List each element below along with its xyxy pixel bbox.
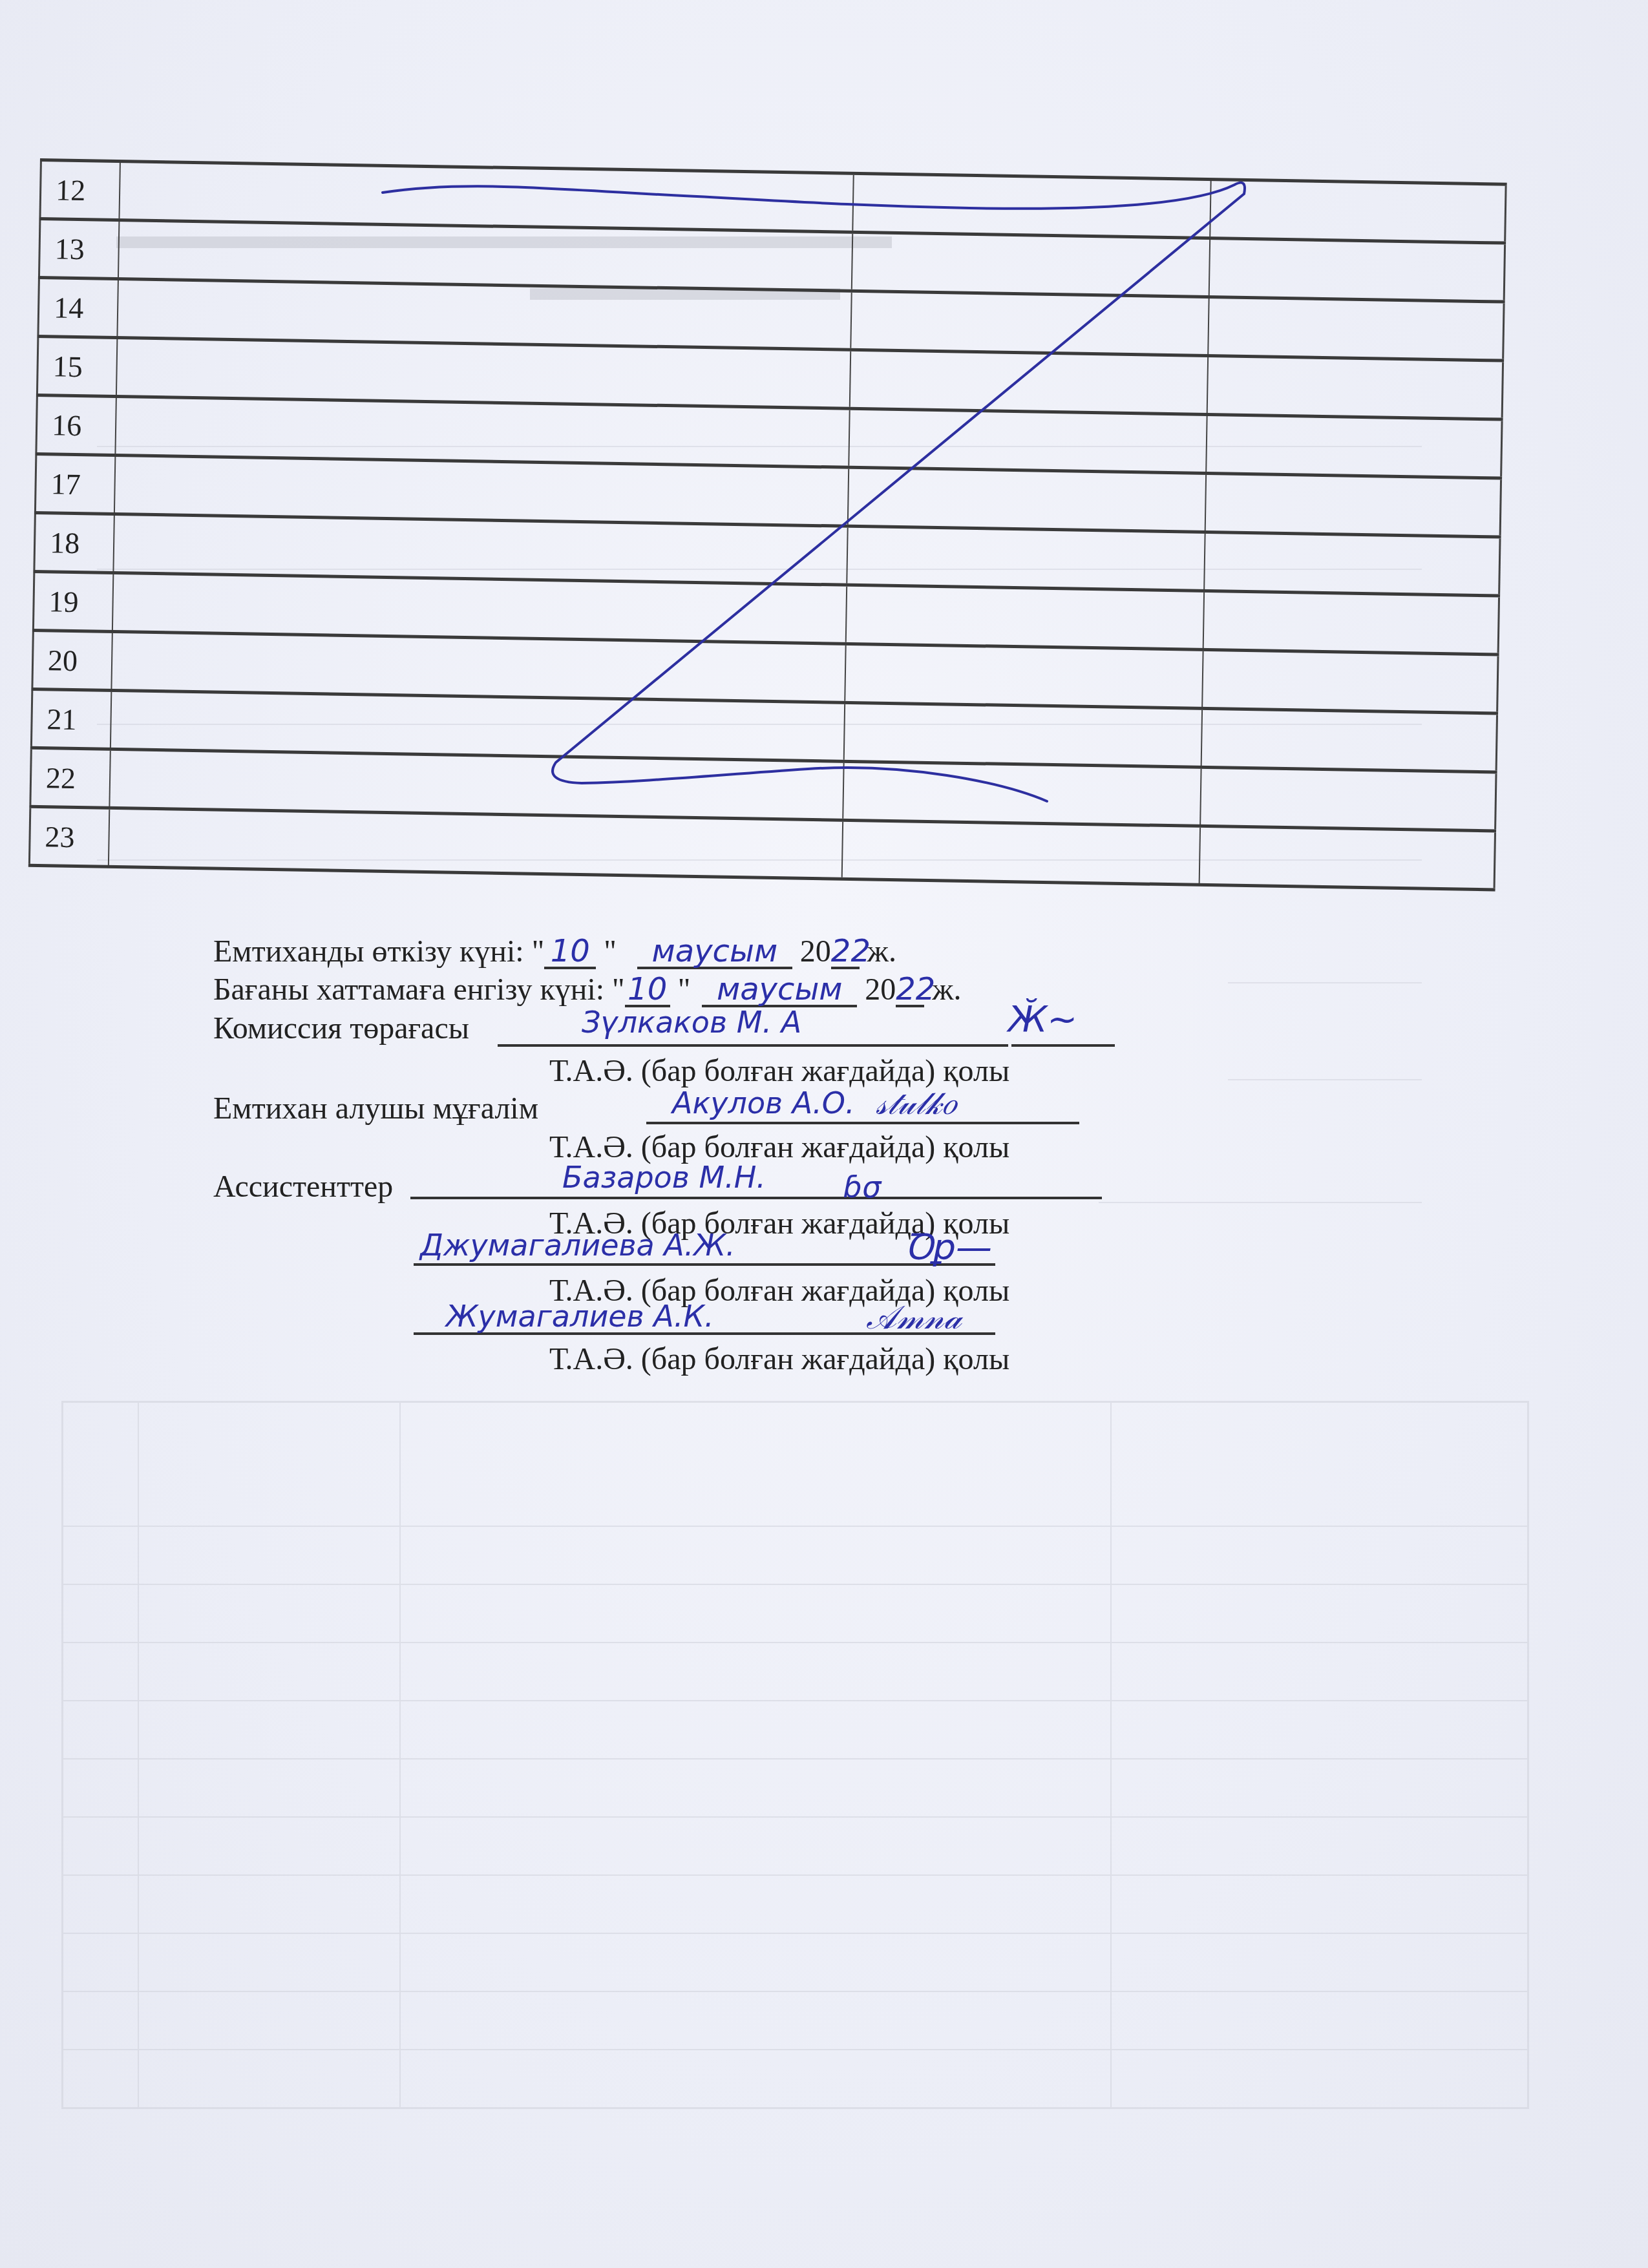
assistant-3-signature: 𝒜𝓂𝓃𝒶: [866, 1299, 962, 1337]
ghost-table: [61, 1401, 1529, 2109]
entry-date-label: Бағаны хаттамаға енгізу күні: ": [213, 972, 625, 1007]
exam-date-year-suffix: 22: [831, 936, 860, 969]
teacher-name-line: [646, 1122, 1079, 1124]
row-number-cell: 19: [32, 573, 114, 630]
chair-caption: Т.А.Ә. (бар болған жағдайда) қолы: [549, 1053, 1009, 1089]
assistant-1-name-line: [410, 1197, 1102, 1199]
row-number-cell: 20: [31, 632, 112, 689]
row-number-cell: 16: [35, 397, 116, 454]
entry-date-quote: ": [670, 972, 691, 1007]
entry-date-year-suffix: 22: [896, 974, 924, 1007]
ghost-rule: [1228, 982, 1422, 983]
score-cell: [849, 410, 1207, 472]
grade-cell: [1204, 593, 1500, 653]
grade-cell: [1209, 299, 1505, 359]
entry-date-month: маусым: [702, 974, 857, 1007]
score-cell: [850, 352, 1209, 413]
row-number-cell: 22: [29, 750, 111, 806]
grade-cell: [1201, 769, 1497, 830]
assistant-3-name: Жумагалиев А.К.: [446, 1299, 714, 1334]
entry-date-day: 10: [625, 974, 670, 1007]
results-table: 121314151617181920212223: [28, 158, 1507, 891]
assistants-label: Ассистенттер: [213, 1171, 393, 1202]
exam-date-label: Емтиханды өткізу күні: ": [213, 934, 544, 969]
assistant-2-name: Джумагалиева А.Ж.: [420, 1228, 735, 1263]
grade-cell: [1207, 416, 1503, 477]
assistant-1-name: Базаров М.Н.: [562, 1160, 766, 1195]
row-number-cell: 15: [36, 338, 118, 395]
teacher-label: Емтихан алушы мұғалім: [213, 1093, 538, 1124]
chair-signature: Ӂ~: [1008, 998, 1077, 1040]
score-cell: [852, 234, 1210, 295]
chair-name-line: [498, 1044, 1008, 1047]
entry-date-year-prefix: 20: [865, 972, 896, 1007]
score-cell: [853, 175, 1211, 236]
exam-date-year-unit: ж.: [860, 934, 896, 969]
row-number-cell: 14: [37, 279, 118, 336]
entry-date-row: Бағаны хаттамаға енгізу күні: "10 " маус…: [213, 974, 961, 1007]
chair-name: Зүлкаков М. А: [582, 1005, 801, 1040]
teacher-name: Акулов А.О.: [672, 1086, 855, 1120]
ghost-rule: [1228, 1079, 1422, 1080]
exam-date-year-prefix: 20: [800, 934, 831, 969]
score-cell: [847, 528, 1205, 589]
exam-date-quote: ": [596, 934, 617, 969]
row-number-cell: 23: [28, 808, 110, 865]
score-cell: [851, 293, 1209, 354]
row-number-cell: 17: [34, 456, 116, 512]
ghost-rule: [1099, 1202, 1422, 1203]
row-number-cell: 21: [30, 691, 112, 748]
student-name-cell: [109, 810, 843, 877]
row-number-cell: 12: [39, 162, 120, 218]
assistant-2-signature: Ꝺꝑ—: [905, 1221, 992, 1270]
exam-date-row: Емтиханды өткізу күні: "10 " маусым 2022…: [213, 936, 896, 969]
grade-cell: [1200, 828, 1496, 888]
score-cell: [845, 646, 1203, 707]
chair-signature-line: [1011, 1044, 1115, 1047]
assistant-1-signature: ɓσ: [843, 1170, 881, 1204]
grade-cell: [1210, 181, 1506, 242]
grade-cell: [1206, 475, 1502, 536]
assistant-3-caption: Т.А.Ә. (бар болған жағдайда) қолы: [549, 1341, 1009, 1377]
row-number-cell: 18: [33, 514, 114, 571]
exam-date-month: маусым: [637, 936, 792, 969]
score-cell: [845, 704, 1203, 766]
chair-label: Комиссия төрағасы: [213, 1013, 469, 1044]
teacher-signature: 𝓈𝓉𝓊𝓁𝓀𝑜: [876, 1086, 956, 1122]
grade-cell: [1205, 534, 1501, 594]
exam-date-day: 10: [544, 936, 596, 969]
score-cell: [849, 469, 1207, 530]
entry-date-year-unit: ж.: [924, 972, 961, 1007]
score-cell: [843, 822, 1201, 883]
score-cell: [843, 763, 1201, 824]
grade-cell: [1210, 240, 1506, 300]
row-number-cell: 13: [38, 220, 120, 277]
grade-cell: [1202, 710, 1498, 771]
grade-cell: [1203, 651, 1499, 712]
score-cell: [847, 587, 1205, 648]
grade-cell: [1208, 357, 1504, 418]
